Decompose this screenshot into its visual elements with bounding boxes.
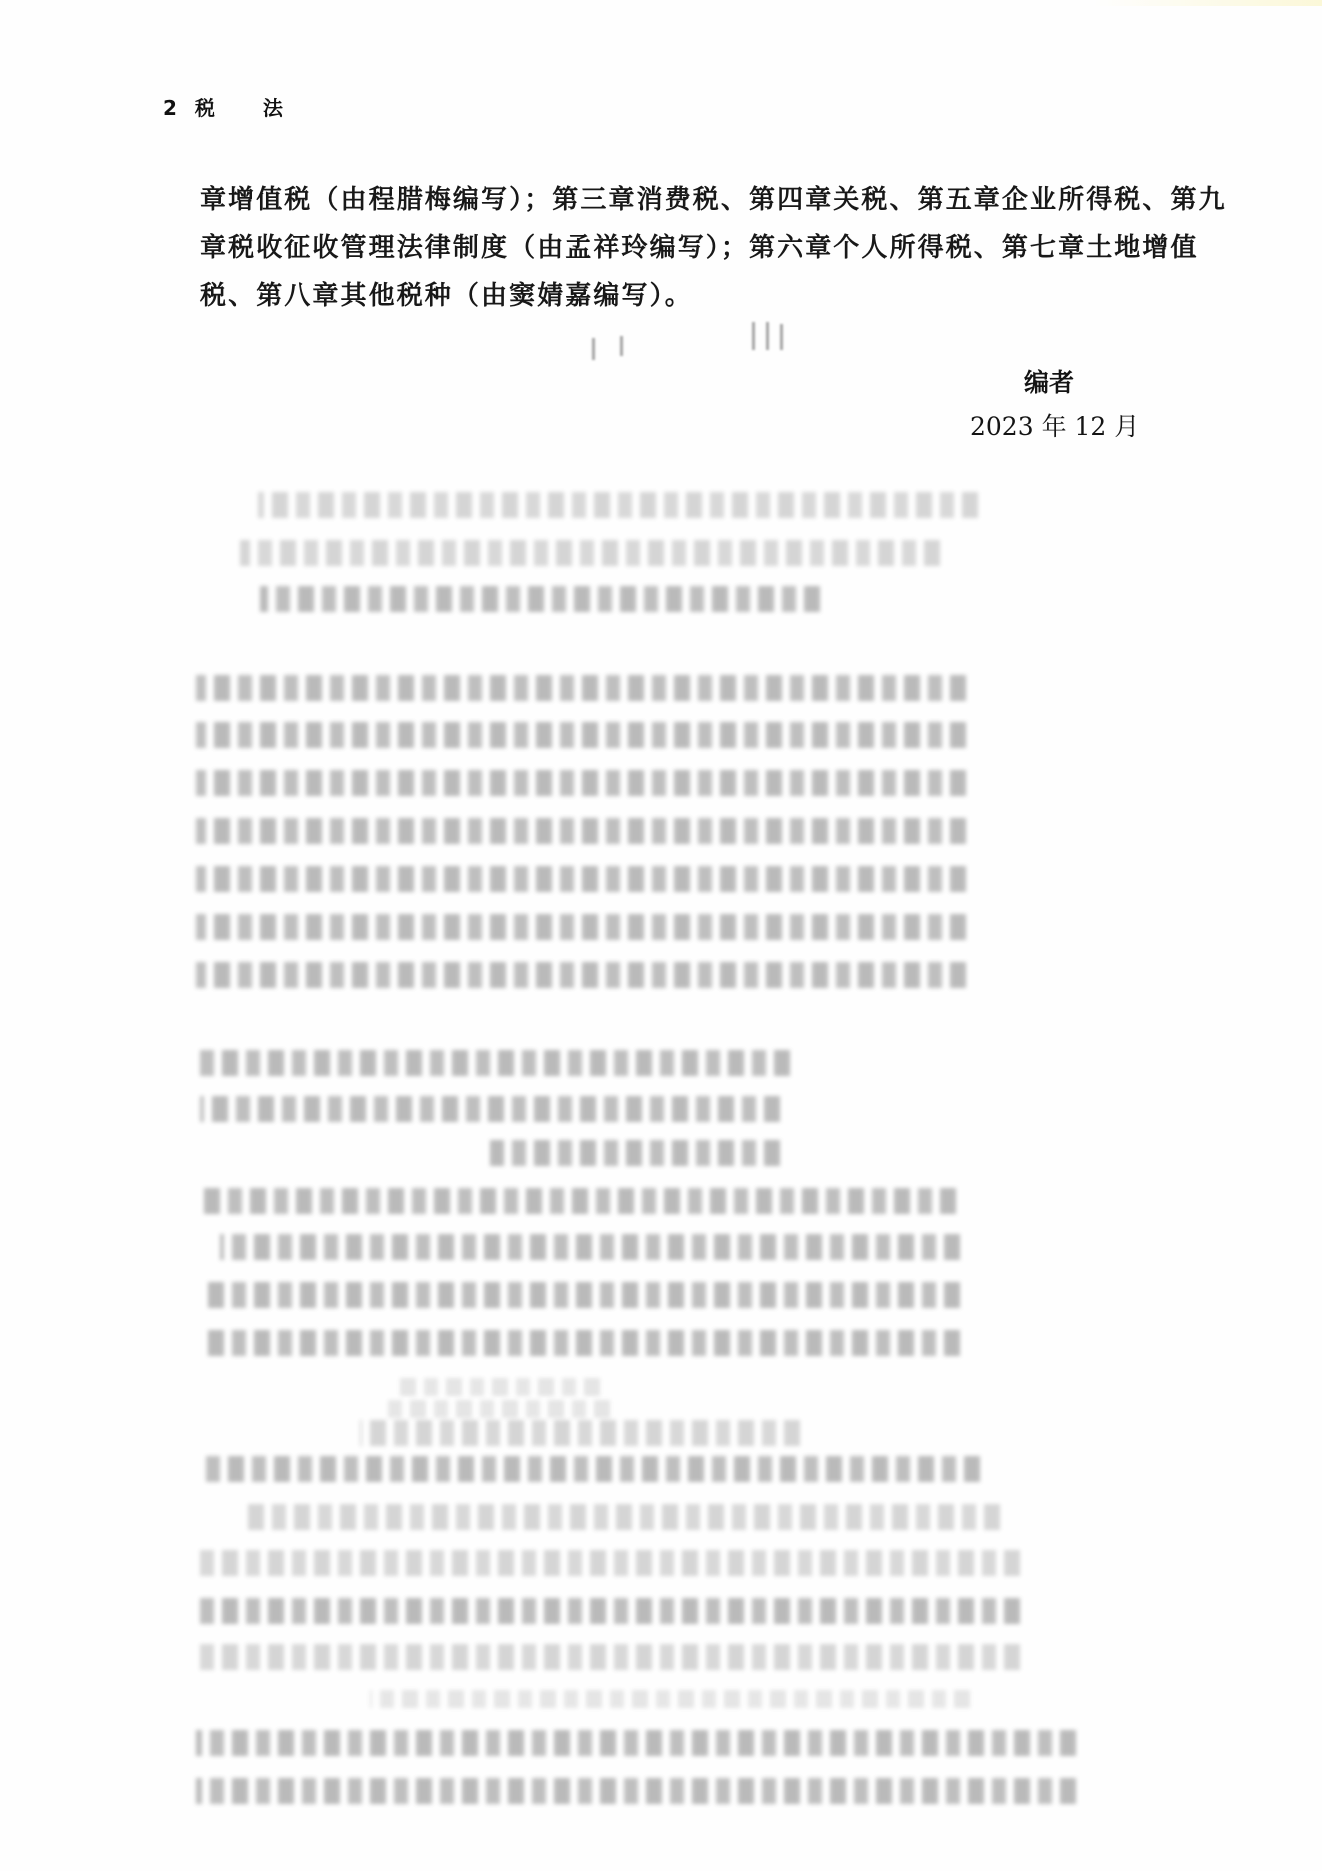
show-through-text-row: [380, 1400, 610, 1418]
preface-line: 章增值税（由程腊梅编写）；第三章消费税、第四章关税、第五章企业所得税、第九: [200, 176, 1220, 224]
show-through-text-row: [196, 722, 966, 748]
stray-mark: [752, 322, 755, 350]
show-through-text-row: [200, 1644, 1020, 1670]
show-through-text-row: [196, 962, 966, 988]
show-through-text-row: [360, 1420, 800, 1446]
show-through-text-row: [200, 1330, 960, 1356]
show-through-text-row: [400, 1378, 600, 1396]
stray-mark: [766, 322, 769, 350]
show-through-text-row: [240, 540, 940, 566]
show-through-text-row: [258, 492, 978, 518]
show-through-text-row: [196, 1778, 1076, 1804]
paper-corner-tint: [1092, 0, 1322, 6]
show-through-text-row: [196, 818, 966, 844]
show-through-text-row: [196, 1188, 956, 1214]
book-title-char-2: 法: [263, 92, 283, 121]
show-through-text-row: [200, 1096, 780, 1122]
show-through-text-row: [240, 1504, 1000, 1530]
scanned-page: 2 税 法 章增值税（由程腊梅编写）；第三章消费税、第四章关税、第五章企业所得税…: [0, 0, 1322, 1871]
stray-mark: [592, 338, 595, 360]
show-through-text-row: [196, 914, 966, 940]
page-number: 2: [163, 96, 177, 120]
show-through-text-row: [196, 866, 966, 892]
show-through-text-row: [200, 1456, 980, 1482]
preface-continuation: 章增值税（由程腊梅编写）；第三章消费税、第四章关税、第五章企业所得税、第九 章税…: [200, 176, 1220, 320]
preface-line: 章税收征收管理法律制度（由孟祥玲编写）；第六章个人所得税、第七章土地增值: [200, 224, 1220, 272]
show-through-text-row: [490, 1140, 780, 1166]
show-through-text-row: [200, 1598, 1020, 1624]
signature-author: 编者: [1024, 362, 1170, 404]
running-head: 2 税 法: [163, 92, 283, 121]
stray-mark: [620, 336, 623, 356]
show-through-text-row: [200, 1282, 960, 1308]
stray-mark: [780, 324, 783, 350]
show-through-text-row: [200, 1550, 1020, 1576]
show-through-text-row: [260, 586, 820, 612]
show-through-text-row: [370, 1690, 970, 1708]
show-through-text-row: [196, 1730, 1076, 1756]
show-through-text-row: [196, 770, 966, 796]
show-through-text-row: [220, 1234, 960, 1260]
preface-signature: 编者 2023 年 12 月: [970, 362, 1170, 448]
book-title-char-1: 税: [195, 92, 215, 121]
signature-date: 2023 年 12 月: [970, 406, 1170, 448]
preface-line: 税、第八章其他税种（由窦婧嘉编写）。: [200, 272, 1220, 320]
show-through-text-row: [200, 1050, 790, 1076]
show-through-text-row: [196, 675, 966, 701]
